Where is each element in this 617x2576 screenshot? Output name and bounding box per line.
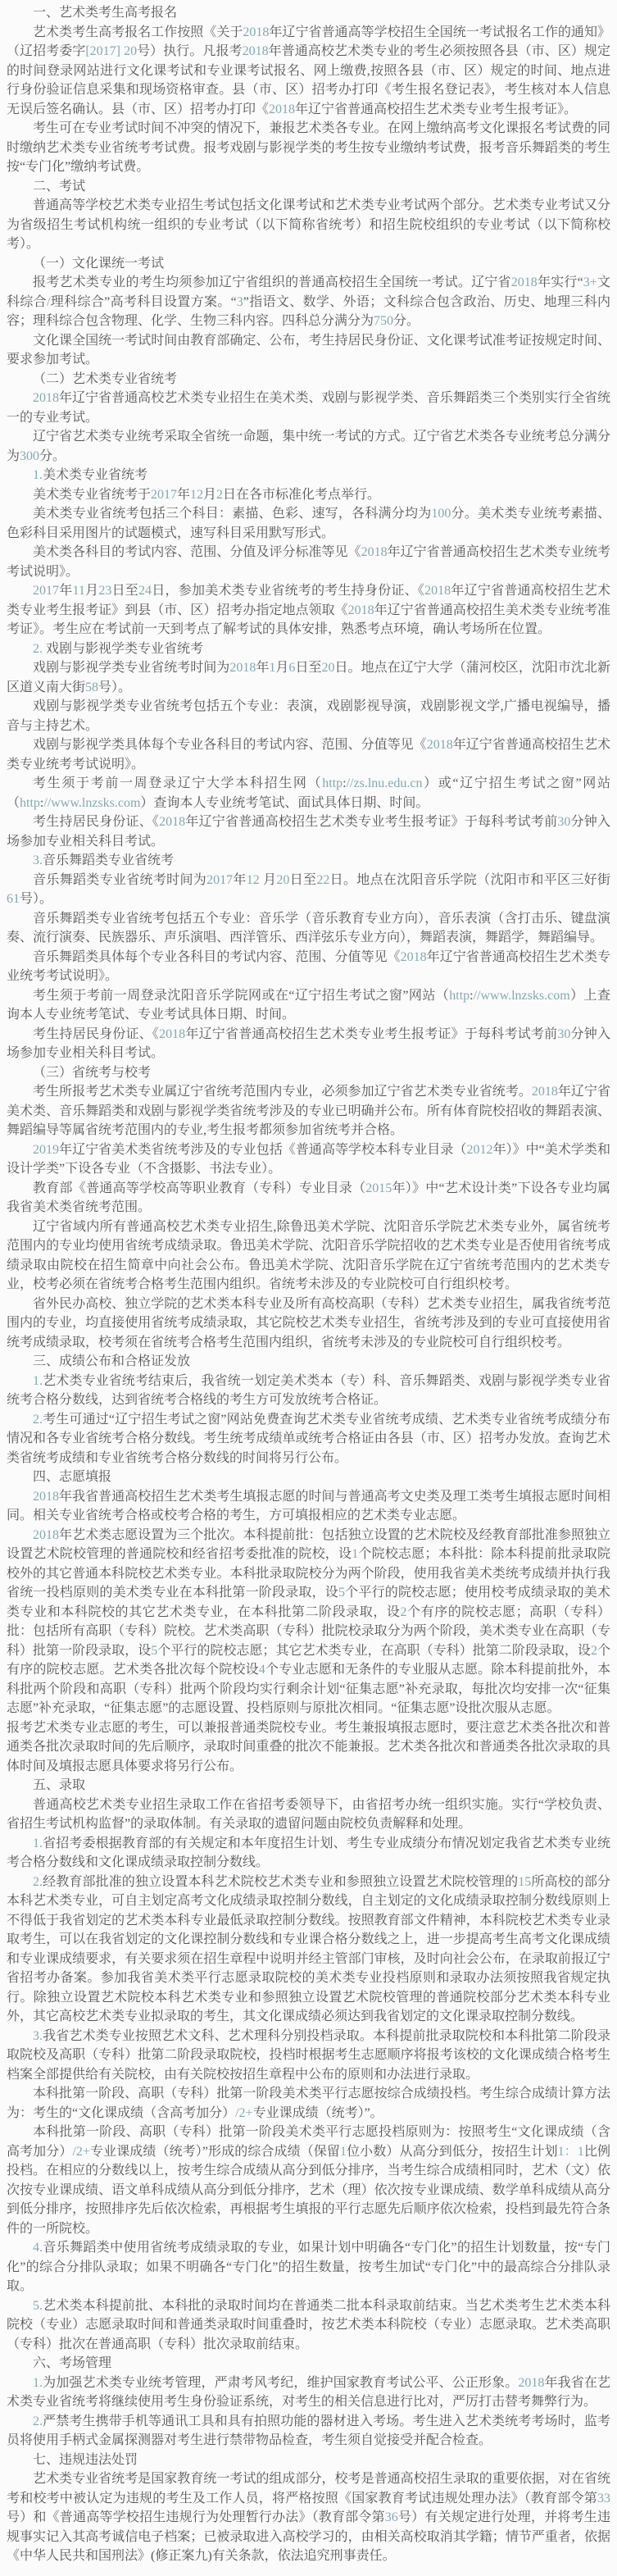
- inline-accent: 1: [352, 1547, 358, 1561]
- inline-accent: 3.: [33, 2029, 43, 2043]
- inline-accent: /2+: [235, 2106, 252, 2120]
- inline-accent: 1：1: [558, 2145, 584, 2159]
- inline-accent: 6: [288, 661, 295, 675]
- paragraph: 一、艺术类考生高考报名: [7, 3, 610, 23]
- inline-accent: 4: [259, 1663, 265, 1677]
- inline-accent: 20: [276, 873, 289, 887]
- inline-accent: 11: [72, 584, 84, 598]
- inline-accent: 3: [237, 295, 243, 309]
- inline-accent: /2+: [72, 2145, 89, 2159]
- inline-accent: 15: [518, 1875, 531, 1889]
- inline-accent: 3+: [583, 275, 597, 289]
- inline-accent: 2018: [269, 102, 295, 116]
- inline-accent: 33: [597, 2492, 610, 2505]
- inline-accent: 2017: [151, 488, 177, 502]
- inline-accent: 22: [316, 873, 329, 887]
- inline-accent: 2: [591, 1644, 597, 1658]
- paragraph: 报考艺术类专业的考生均须参加辽宁省组织的普通高校招生全国统一考试。辽宁省2018…: [7, 273, 610, 331]
- paragraph: 1.美术类专业省统考: [7, 466, 610, 485]
- paragraph: 2018年辽宁省普通高校艺术类专业招生在美术类、戏剧与影视学类、音乐舞蹈类三个类…: [7, 389, 610, 427]
- inline-accent: 36: [385, 2510, 398, 2524]
- paragraph: 美术类各科目的考试内容、范围、分值及评分标准等见《2018年辽宁省普通高校招生艺…: [7, 543, 610, 581]
- inline-accent: 2018: [511, 275, 538, 289]
- paragraph: 三、成绩公布和合格证发放: [7, 1352, 610, 1372]
- paragraph: 艺术类专业省统考是国家教育统一考试的组成部分，校考是普通高校招生录取的重要依据，…: [7, 2469, 610, 2566]
- inline-accent: 2018: [518, 2376, 544, 2390]
- inline-accent: 100: [431, 507, 451, 521]
- inline-accent: 300: [20, 449, 39, 463]
- inline-accent: 2: [400, 1605, 406, 1619]
- paragraph: 省外民办高校、独立学院的艺术类本科专业及所有高校高职（专科）艺术类专业招生，属我…: [7, 1295, 610, 1353]
- inline-accent: [2017]: [85, 44, 120, 58]
- inline-accent: 30: [557, 815, 570, 829]
- inline-accent: 2018: [33, 1528, 59, 1542]
- inline-accent: 2.: [33, 1875, 43, 1889]
- paragraph: 4.音乐舞蹈类中使用省统考成绩录取的专业，如果计划中明确各“专门化”的招生计划数…: [7, 2238, 610, 2296]
- inline-accent: 4.: [33, 2241, 43, 2255]
- paragraph: 2018年我省普通高校招生艺术类考生填报志愿的时间与普通高考文史类及理工类考生填…: [7, 1487, 610, 1526]
- paragraph: 音乐舞蹈类专业省统考时间为2017年12 月20日至22日。地点在沈阳音乐学院（…: [7, 871, 610, 909]
- paragraph: 四、志愿填报: [7, 1468, 610, 1487]
- paragraph: 2.经教育部批准的独立设置本科艺术院校艺术类专业和参照独立设置艺术院校管理的15…: [7, 1873, 610, 2027]
- inline-accent: //www.lnzsks.com: [474, 989, 570, 1003]
- paragraph: 2. 戏剧与影视学类专业省统考: [7, 639, 610, 659]
- inline-accent: http: [322, 776, 343, 790]
- paragraph: 七、违规违法处罚: [7, 2451, 610, 2470]
- inline-accent: 12: [247, 873, 260, 887]
- inline-accent: 2018: [159, 1027, 185, 1041]
- paragraph: 2018年艺术类志愿设置为三个批次。本科提前批：包括独立设置的艺术院校及经教育部…: [7, 1526, 610, 1718]
- inline-accent: 1.: [33, 468, 43, 482]
- inline-accent: 2.: [33, 2414, 43, 2428]
- paragraph: 2017年11月23日至24日，参加美术类专业省统考的考生持身份证、《2018年…: [7, 581, 610, 639]
- paragraph: 六、考场管理: [7, 2354, 610, 2373]
- paragraph: 五、录取: [7, 1776, 610, 1795]
- inline-accent: 2018: [361, 545, 388, 559]
- inline-accent: 1.: [33, 1836, 43, 1850]
- inline-accent: 2015: [365, 1181, 392, 1195]
- paragraph: （三）省统考与校考: [7, 1063, 610, 1083]
- inline-accent: 20: [124, 44, 137, 58]
- paragraph: 艺术类考生高考报名工作按照《关于2018年辽宁省普通高等学校招生全国统一考试报名…: [7, 23, 610, 120]
- inline-accent: http: [20, 796, 40, 810]
- inline-accent: //zs.lnu.edu.cn: [347, 776, 423, 790]
- inline-accent: 23: [98, 584, 111, 598]
- paragraph: 戏剧与影视学类专业省统考时间为2018年1月6日至20日。地点在辽宁大学（蒲河校…: [7, 658, 610, 697]
- paragraph: 美术类专业省统考包括三个科目：素描、色彩、速写，各科满分均为100分。美术类专业…: [7, 504, 610, 543]
- paragraph: 文化课全国统一考试时间由教育部确定、公布，考生持居民身份证、文化课考试准考证按规…: [7, 331, 610, 370]
- paragraph: 考生须于考前一周登录沈阳音乐学院网或在“辽宁招生考试之窗”网站（http://w…: [7, 986, 610, 1025]
- inline-accent: 5: [151, 1644, 157, 1658]
- paragraph: 普通高等学校艺术类专业招生考试包括文化课考试和艺术类专业考试两个部分。艺术类专业…: [7, 196, 610, 254]
- paragraph: 辽宁省域内所有普通高校艺术类专业招生,除鲁迅美术学院、沈阳音乐学院艺术类专业外，…: [7, 1217, 610, 1295]
- paragraph: 音乐舞蹈类专业省统考包括五个专业：音乐学（音乐教育专业方向），音乐表演（含打击乐…: [7, 909, 610, 948]
- inline-accent: 2.: [33, 642, 43, 656]
- paragraph: 考生须于考前一周登录辽宁大学本科招生网（http://zs.lnu.edu.cn…: [7, 774, 610, 812]
- paragraph: 报考艺术类专业志愿的考生，可以兼报普通类院校专业。考生兼报填报志愿时，要注意艺术…: [7, 1718, 610, 1777]
- paragraph: 考生持居民身份证、《2018年辽宁省普通高校招生艺术类专业考生报考证》于每科考试…: [7, 812, 610, 851]
- inline-accent: 2012: [466, 1143, 492, 1157]
- inline-accent: /: [47, 295, 50, 309]
- paragraph: 1.省招考委根据教育部的有关规定和本年度招生计划、考生专业成绩分布情况划定我省艺…: [7, 1834, 610, 1873]
- paragraph: 本科批第一阶段、高职（专科）批第一阶段美术类平行志愿投档原则为：按照考生“文化课…: [7, 2123, 610, 2238]
- paragraph: 3.我省艺术类专业按照艺术文科、艺术理科分别投档录取。本科提前批录取院校和本科批…: [7, 2027, 610, 2085]
- inline-accent: 24: [138, 584, 152, 598]
- inline-accent: 2018: [159, 815, 185, 829]
- paragraph: 考生所报考艺术类专业属辽宁省统考范围内专业，必须参加辽宁省艺术类专业省统考。20…: [7, 1082, 610, 1140]
- inline-accent: 1: [340, 2145, 347, 2159]
- paragraph: 5.艺术类本科提前批、本科批的录取时间均在普通类二批本科录取前结束。当艺术类考生…: [7, 2296, 610, 2355]
- inline-accent: 20: [322, 661, 335, 675]
- paragraph: 2019年辽宁省美术类省统考涉及的专业包括《普通高等学校本科专业目录（2012年…: [7, 1140, 610, 1179]
- paragraph: （一）文化课统一考试: [7, 254, 610, 274]
- inline-accent: 2018: [243, 44, 269, 58]
- paragraph: 辽宁省艺术类专业统考采取全省统一命题，集中统一考试的方式。辽宁省艺术类各专业统考…: [7, 427, 610, 466]
- inline-accent: 2019: [33, 1143, 59, 1157]
- paragraph: 普通高校艺术类专业招生录取工作在省招考委领导下，由省招考办统一组织实施。实行“学…: [7, 1795, 610, 1834]
- inline-accent: 5.: [33, 2299, 43, 2313]
- inline-accent: //www.lnzsks.com: [43, 796, 140, 810]
- paragraph: 戏剧与影视学类专业省统考包括五个专业：表演，戏剧影视导演，戏剧影视文学,广播电视…: [7, 697, 610, 735]
- inline-accent: 2018: [243, 25, 269, 39]
- inline-accent: 2018: [348, 603, 374, 617]
- paragraph: 3.音乐舞蹈类专业省统考: [7, 851, 610, 871]
- inline-accent: 12: [190, 488, 203, 502]
- document-body: 一、艺术类考生高考报名艺术类考生高考报名工作按照《关于2018年辽宁省普通高等学…: [0, 0, 617, 2576]
- paragraph: 2.严禁考生携带手机等通讯工具和具有拍照功能的器材进入考场。考生进入艺术类统考考…: [7, 2412, 610, 2451]
- paragraph: 考生持居民身份证、《2018年辽宁省普通高校招生艺术类专业考生报考证》于每科考试…: [7, 1025, 610, 1063]
- inline-accent: 3.: [33, 853, 43, 867]
- inline-accent: 61: [7, 892, 20, 906]
- inline-accent: 1: [269, 661, 275, 675]
- inline-accent: 2018: [401, 950, 427, 964]
- inline-accent: 2018: [532, 1085, 558, 1099]
- inline-accent: 2017: [33, 584, 59, 598]
- paragraph: 本科批第一阶段、高职（专科）批第一阶段美术类平行志愿按综合成绩投档。考生综合成绩…: [7, 2084, 610, 2123]
- paragraph: 音乐舞蹈类具体每个专业各科目的考试内容、范围、分值等见《2018年辽宁省普通高校…: [7, 948, 610, 986]
- inline-accent: 5: [338, 1586, 345, 1600]
- paragraph: 教育部《普通高等学校高等职业教育（专科）专业目录（2015年）》中“艺术设计类”…: [7, 1179, 610, 1217]
- inline-accent: 750: [374, 314, 393, 328]
- paragraph: 二、考试: [7, 177, 610, 197]
- inline-accent: 2018: [427, 738, 453, 752]
- paragraph: （二）艺术类专业省统考: [7, 370, 610, 389]
- paragraph: 戏剧与影视学类具体每个专业各科目的考试内容、范围、分值等见《2018年辽宁省普通…: [7, 735, 610, 774]
- inline-accent: 30: [557, 1027, 570, 1041]
- inline-accent: 2018: [229, 661, 256, 675]
- inline-accent: 2: [216, 488, 223, 502]
- inline-accent: 1.: [33, 1374, 43, 1388]
- inline-accent: 2018: [424, 584, 451, 598]
- paragraph: 1.艺术类专业省统考结束后，我省统一划定美术类本（专）科、音乐舞蹈类、戏剧与影视…: [7, 1372, 610, 1410]
- paragraph: 考生可在专业考试时间不冲突的情况下，兼报艺术类各专业。在网上缴纳高考文化课报名考…: [7, 119, 610, 177]
- inline-accent: 2017: [206, 873, 233, 887]
- inline-accent: 2.: [33, 1413, 43, 1427]
- inline-accent: 1.: [33, 2376, 43, 2390]
- paragraph: 1.为加强艺术类专业统考管理，严肃考风考纪，维护国家教育考试公平、公正形象。20…: [7, 2373, 610, 2412]
- inline-accent: 2018: [33, 1490, 59, 1504]
- paragraph: 2.考生可通过“辽宁招生考试之窗”网站免费查询艺术类专业省统考成绩、艺术类专业省…: [7, 1410, 610, 1468]
- inline-accent: 2018: [33, 391, 59, 405]
- inline-accent: http: [449, 989, 470, 1003]
- inline-accent: 58: [85, 680, 98, 694]
- paragraph: 美术类专业省统考于2017年12月2日在各市标准化考点举行。: [7, 485, 610, 505]
